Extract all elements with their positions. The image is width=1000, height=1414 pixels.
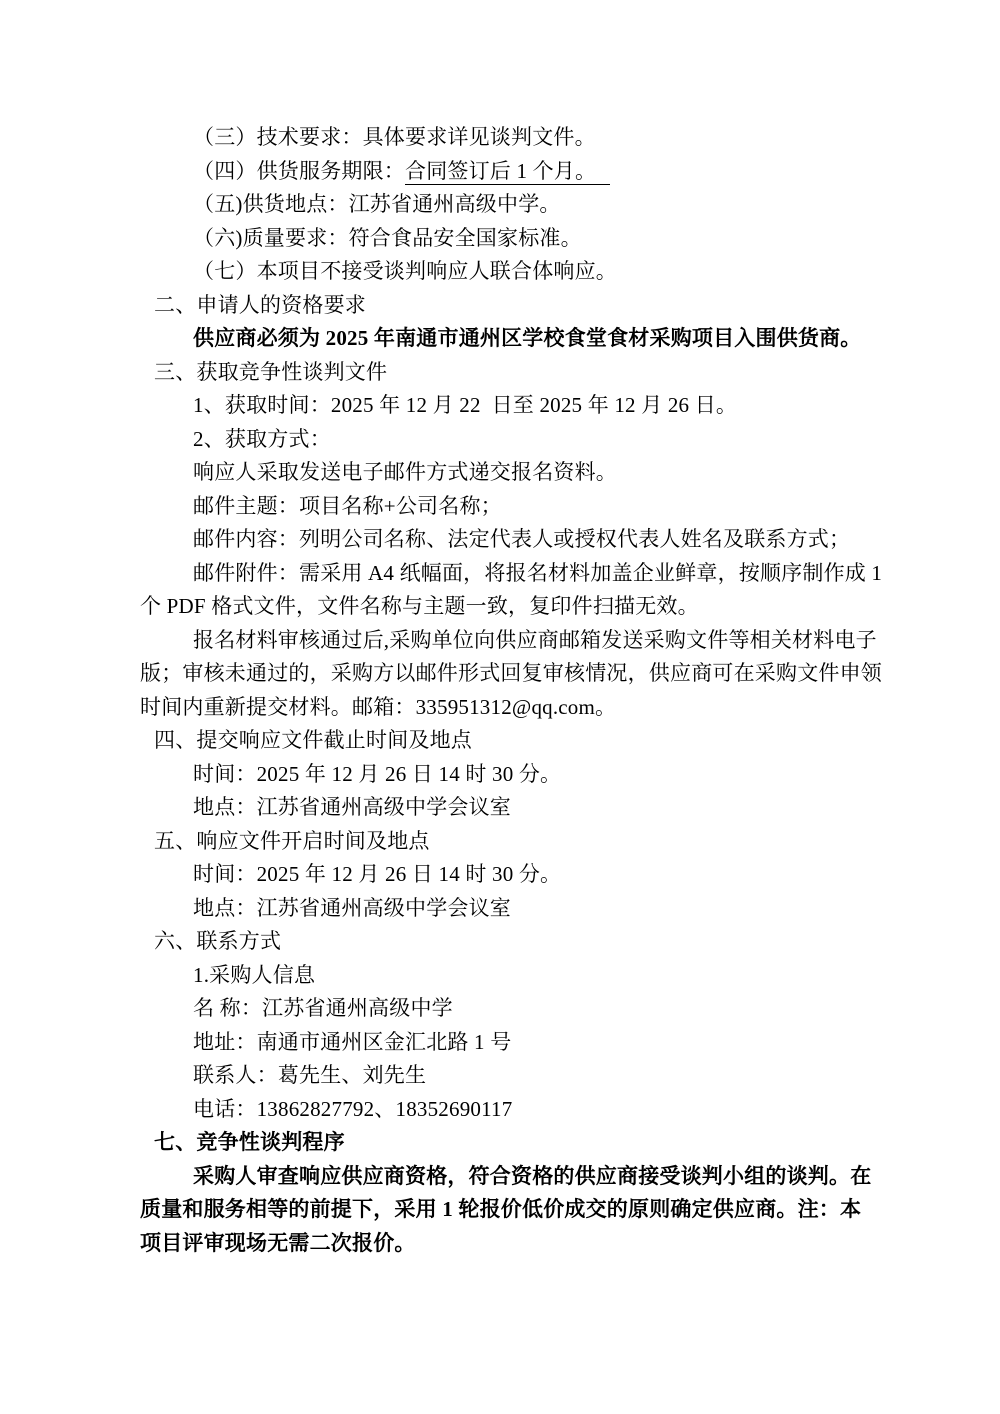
text-line: 地点：江苏省通州高级中学会议室: [193, 791, 870, 825]
text-run: （三）技术要求：具体要求详见谈判文件。: [193, 125, 596, 149]
text-line: 供应商必须为 2025 年南通市通州区学校食堂食材采购项目入围供货商。: [193, 322, 870, 356]
text-run: 质量和服务相等的前提下，采用 1 轮报价低价成交的原则确定供应商。注：本: [140, 1197, 861, 1221]
text-run: 地点：江苏省通州高级中学会议室: [193, 896, 511, 920]
text-line: （五)供货地点：江苏省通州高级中学。: [193, 188, 870, 222]
text-run: 2、获取方式：: [193, 427, 331, 451]
text-line: 邮件附件：需采用 A4 纸幅面，将报名材料加盖企业鲜章，按顺序制作成 1: [193, 557, 870, 591]
text-run: 邮件主题：项目名称+公司名称；: [193, 494, 502, 518]
text-line: 七、竞争性谈判程序: [154, 1126, 870, 1160]
text-run: 时间内重新提交材料。邮箱：335951312@qq.com。: [140, 695, 616, 719]
text-line: 个 PDF 格式文件，文件名称与主题一致，复印件扫描无效。: [140, 590, 870, 624]
text-run: 邮件附件：需采用 A4 纸幅面，将报名材料加盖企业鲜章，按顺序制作成 1: [193, 561, 882, 585]
text-run: （五)供货地点：江苏省通州高级中学。: [193, 192, 561, 216]
text-run: （七）本项目不接受谈判响应人联合体响应。: [193, 259, 617, 283]
text-line: 电话：13862827792、18352690117: [193, 1093, 870, 1127]
text-run: 二、申请人的资格要求: [154, 293, 366, 317]
text-run: 联系人：葛先生、刘先生: [193, 1063, 426, 1087]
text-line: 联系人：葛先生、刘先生: [193, 1059, 870, 1093]
underlined-text-run: 合同签订后 1 个月。: [405, 159, 610, 185]
text-line: 时间：2025 年 12 月 26 日 14 时 30 分。: [193, 858, 870, 892]
text-run: （四）供货服务期限：: [193, 159, 405, 183]
text-line: 时间：2025 年 12 月 26 日 14 时 30 分。: [193, 758, 870, 792]
text-line: 1、获取时间：2025 年 12 月 22 日至 2025 年 12 月 26 …: [193, 389, 870, 423]
text-run: 地址：南通市通州区金汇北路 1 号: [193, 1030, 511, 1054]
text-line: 四、提交响应文件截止时间及地点: [154, 724, 870, 758]
text-run: （六)质量要求：符合食品安全国家标准。: [193, 226, 582, 250]
text-run: 报名材料审核通过后,采购单位向供应商邮箱发送采购文件等相关材料电子: [193, 628, 877, 652]
text-run: 四、提交响应文件截止时间及地点: [154, 728, 472, 752]
text-line: 版；审核未通过的，采购方以邮件形式回复审核情况，供应商可在采购文件申领: [140, 657, 870, 691]
text-line: 项目评审现场无需二次报价。: [140, 1227, 870, 1261]
text-line: 时间内重新提交材料。邮箱：335951312@qq.com。: [140, 691, 870, 725]
document-page: （三）技术要求：具体要求详见谈判文件。（四）供货服务期限：合同签订后 1 个月。…: [0, 0, 1000, 1414]
text-line: 名 称：江苏省通州高级中学: [193, 992, 870, 1026]
text-run: 地点：江苏省通州高级中学会议室: [193, 795, 511, 819]
text-run: 响应人采取发送电子邮件方式递交报名资料。: [193, 460, 617, 484]
text-run: 项目评审现场无需二次报价。: [140, 1231, 416, 1255]
text-line: 地点：江苏省通州高级中学会议室: [193, 892, 870, 926]
text-run: 采购人审查响应供应商资格，符合资格的供应商接受谈判小组的谈判。在: [193, 1164, 871, 1188]
text-line: （六)质量要求：符合食品安全国家标准。: [193, 222, 870, 256]
text-run: 版；审核未通过的，采购方以邮件形式回复审核情况，供应商可在采购文件申领: [140, 661, 882, 685]
text-run: 1.采购人信息: [193, 963, 315, 987]
text-run: 供应商必须为 2025 年南通市通州区学校食堂食材采购项目入围供货商。: [193, 326, 862, 350]
text-line: （七）本项目不接受谈判响应人联合体响应。: [193, 255, 870, 289]
text-line: 地址：南通市通州区金汇北路 1 号: [193, 1026, 870, 1060]
text-line: 邮件内容：列明公司名称、法定代表人或授权代表人姓名及联系方式；: [193, 523, 870, 557]
text-run: 名 称：江苏省通州高级中学: [193, 996, 453, 1020]
text-run: 三、获取竞争性谈判文件: [154, 360, 387, 384]
text-line: 1.采购人信息: [193, 959, 870, 993]
text-run: 时间：2025 年 12 月 26 日 14 时 30 分。: [193, 762, 561, 786]
text-line: 六、联系方式: [154, 925, 870, 959]
text-run: 时间：2025 年 12 月 26 日 14 时 30 分。: [193, 862, 561, 886]
text-run: 1、获取时间：2025 年 12 月 22 日至 2025 年 12 月 26 …: [193, 393, 737, 417]
text-line: 二、申请人的资格要求: [154, 289, 870, 323]
text-line: 五、响应文件开启时间及地点: [154, 825, 870, 859]
text-line: 响应人采取发送电子邮件方式递交报名资料。: [193, 456, 870, 490]
text-run: 个 PDF 格式文件，文件名称与主题一致，复印件扫描无效。: [140, 594, 699, 618]
text-line: （四）供货服务期限：合同签订后 1 个月。: [193, 155, 870, 189]
text-line: 质量和服务相等的前提下，采用 1 轮报价低价成交的原则确定供应商。注：本: [140, 1193, 870, 1227]
text-run: 六、联系方式: [154, 929, 281, 953]
text-line: 三、获取竞争性谈判文件: [154, 356, 870, 390]
text-run: 七、竞争性谈判程序: [154, 1130, 345, 1154]
text-line: 报名材料审核通过后,采购单位向供应商邮箱发送采购文件等相关材料电子: [193, 624, 870, 658]
text-run: 五、响应文件开启时间及地点: [154, 829, 430, 853]
text-run: 电话：13862827792、18352690117: [193, 1097, 512, 1121]
text-line: 采购人审查响应供应商资格，符合资格的供应商接受谈判小组的谈判。在: [193, 1160, 870, 1194]
text-line: （三）技术要求：具体要求详见谈判文件。: [193, 121, 870, 155]
text-line: 2、获取方式：: [193, 423, 870, 457]
text-run: 邮件内容：列明公司名称、法定代表人或授权代表人姓名及联系方式；: [193, 527, 850, 551]
document-body: （三）技术要求：具体要求详见谈判文件。（四）供货服务期限：合同签订后 1 个月。…: [140, 121, 870, 1260]
text-line: 邮件主题：项目名称+公司名称；: [193, 490, 870, 524]
